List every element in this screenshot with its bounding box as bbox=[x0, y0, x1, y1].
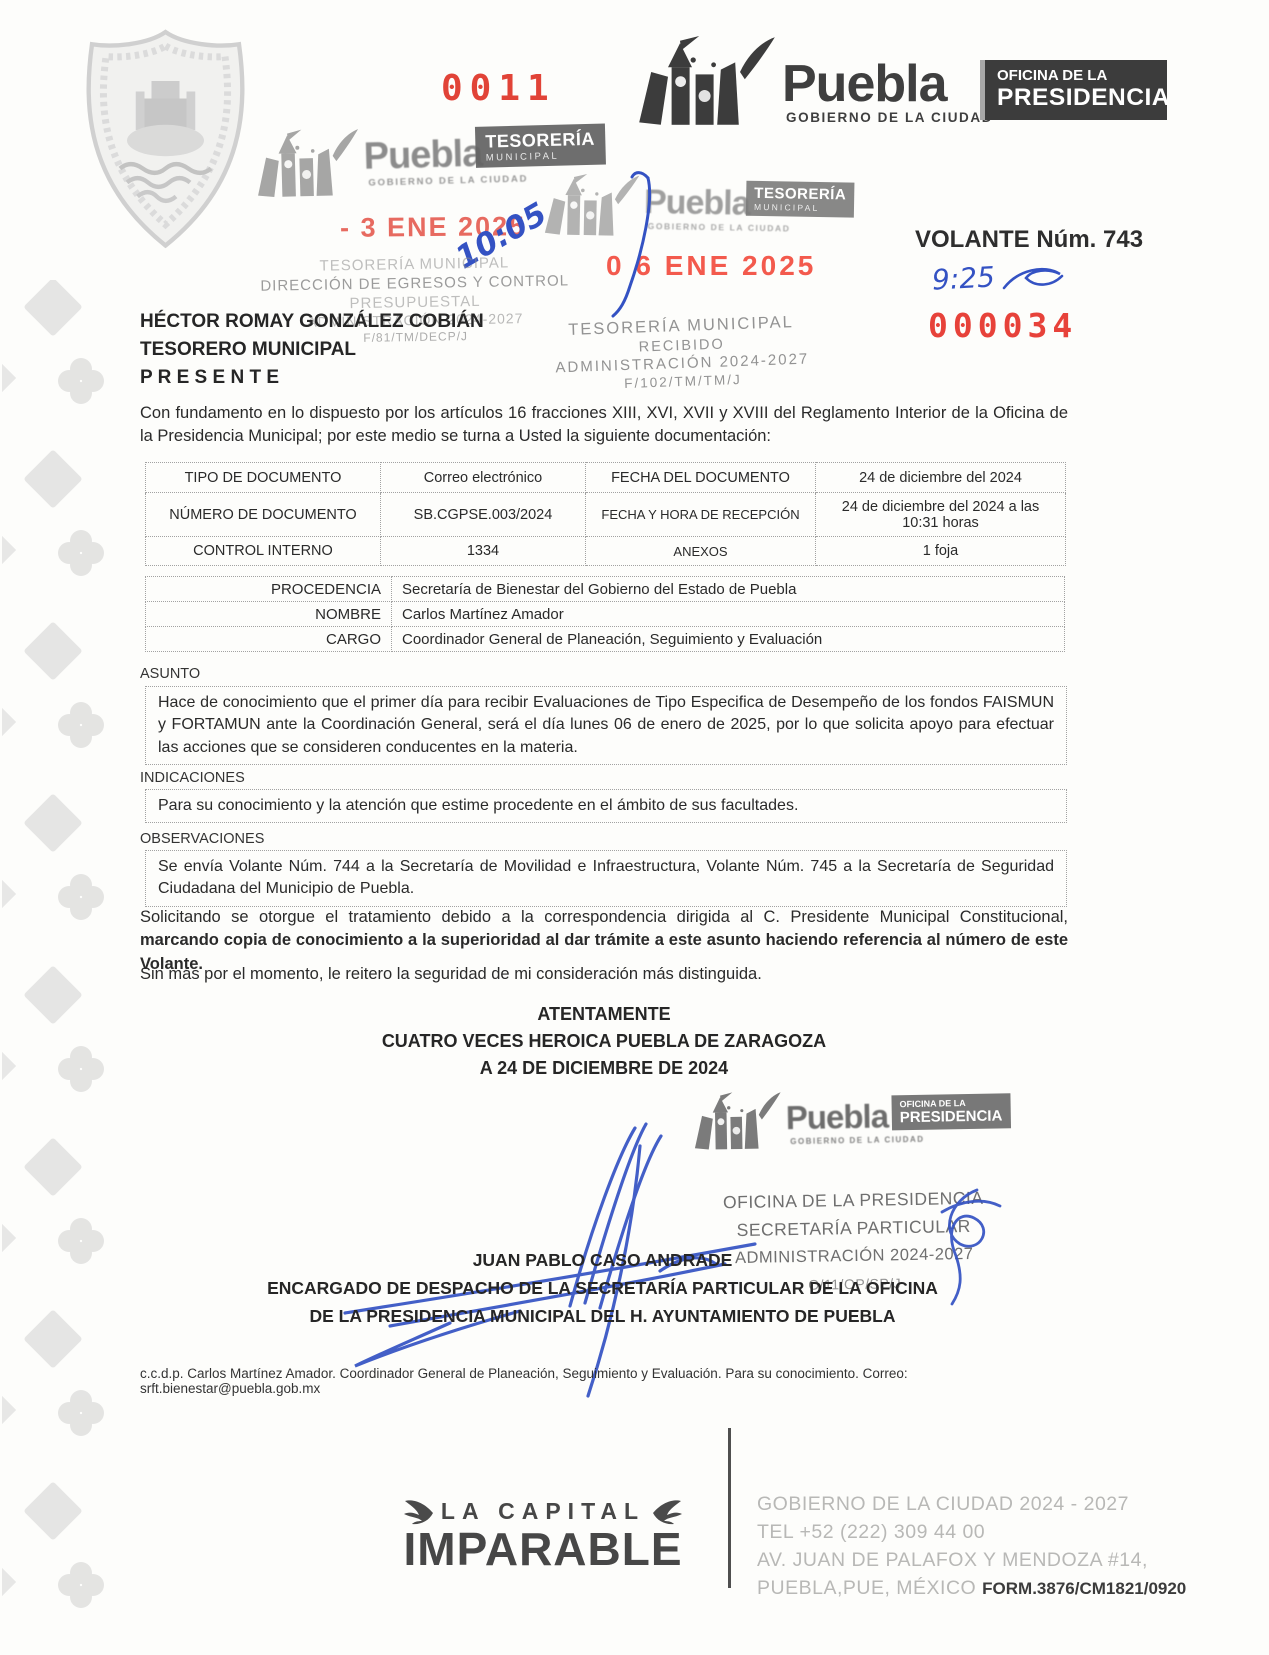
cell-value: SB.CGPSE.003/2024 bbox=[381, 493, 586, 537]
addressee-salutation: P R E S E N T E bbox=[140, 364, 484, 392]
stamp-presidencia-badge: OFICINA DE LA PRESIDENCIA bbox=[891, 1093, 1010, 1130]
asunto-box: Hace de conocimiento que el primer día p… bbox=[145, 686, 1067, 765]
signer-name: JUAN PABLO CASO ANDRADE bbox=[283, 1246, 923, 1274]
footer-city: PUEBLA,PUE, MÉXICO bbox=[757, 1577, 976, 1599]
puebla-monuments-icon bbox=[632, 36, 776, 126]
talavera-border-pattern bbox=[2, 280, 112, 1655]
capital-imparable-logo: LA CAPITAL IMPARABLE bbox=[393, 1498, 693, 1573]
wing-left-icon bbox=[403, 1499, 435, 1525]
cell-value: 24 de diciembre del 2024 a las 10:31 hor… bbox=[816, 493, 1066, 537]
cell-value: 1 foja bbox=[816, 537, 1066, 566]
pen-stroke-mark bbox=[600, 168, 670, 318]
signer-title-line2: DE LA PRESIDENCIA MUNICIPAL DEL H. AYUNT… bbox=[145, 1302, 1060, 1330]
table-row: PROCEDENCIA Secretaría de Bienestar del … bbox=[146, 577, 1065, 602]
footer-line: AV. JUAN DE PALAFOX Y MENDOZA #14, bbox=[757, 1546, 1197, 1574]
form-number: FORM.3876/CM1821/0920 bbox=[982, 1579, 1186, 1598]
stamp-wordmark: Puebla bbox=[785, 1097, 888, 1137]
asunto-label: ASUNTO bbox=[140, 666, 200, 682]
cell-label: PROCEDENCIA bbox=[146, 577, 392, 602]
imparable-text: IMPARABLE bbox=[393, 1525, 693, 1573]
closing-normal: Solicitando se otorgue el tratamiento de… bbox=[140, 908, 1068, 926]
stamp-badge-line2: MUNICIPAL bbox=[754, 202, 846, 214]
footer-contact-block: GOBIERNO DE LA CIUDAD 2024 - 2027 TEL +5… bbox=[757, 1490, 1197, 1603]
puebla-shield-watermark bbox=[78, 28, 253, 253]
intro-paragraph: Con fundamento en lo dispuesto por los a… bbox=[140, 402, 1068, 449]
indicaciones-box: Para su conocimiento y la atención que e… bbox=[145, 789, 1067, 823]
cell-label: NÚMERO DE DOCUMENTO bbox=[146, 493, 381, 537]
signer-block: JUAN PABLO CASO ANDRADE ENCARGADO DE DES… bbox=[145, 1246, 1060, 1330]
table-row: NÚMERO DE DOCUMENTO SB.CGPSE.003/2024 FE… bbox=[146, 493, 1066, 537]
cell-value: 24 de diciembre del 2024 bbox=[816, 463, 1066, 493]
cell-label: TIPO DE DOCUMENTO bbox=[146, 463, 381, 493]
footer-line: TEL +52 (222) 309 44 00 bbox=[757, 1518, 1197, 1546]
closing-paragraph-2: Sin más por el momento, le reitero la se… bbox=[140, 963, 1068, 986]
cell-label: ANEXOS bbox=[586, 537, 816, 566]
presidencia-badge: OFICINA DE LA PRESIDENCIA bbox=[980, 60, 1167, 120]
brand-subtitle: GOBIERNO DE LA CIUDAD bbox=[786, 110, 993, 125]
indicaciones-label: INDICACIONES bbox=[140, 770, 245, 786]
table-row: CONTROL INTERNO 1334 ANEXOS 1 foja bbox=[146, 537, 1066, 566]
cell-label: FECHA Y HORA DE RECEPCIÓN bbox=[586, 493, 816, 537]
cell-label: CARGO bbox=[146, 627, 392, 652]
footer-line: GOBIERNO DE LA CIUDAD 2024 - 2027 bbox=[757, 1490, 1197, 1518]
signer-title-line1: ENCARGADO DE DESPACHO DE LA SECRETARÍA P… bbox=[145, 1274, 1060, 1302]
origin-table: PROCEDENCIA Secretaría de Bienestar del … bbox=[145, 576, 1065, 652]
addressee-block: HÉCTOR ROMAY GONZÁLEZ COBIÁN TESORERO MU… bbox=[140, 308, 484, 392]
table-row: CARGO Coordinador General de Planeación,… bbox=[146, 627, 1065, 652]
tesoreria-stamp-2: Puebla GOBIERNO DE LA CIUDAD TESORERÍA M… bbox=[539, 159, 871, 255]
cell-value: Carlos Martínez Amador bbox=[392, 602, 1065, 627]
red-consecutive-number: 000034 bbox=[928, 306, 1077, 345]
stamp-wordmark: Puebla bbox=[363, 133, 483, 179]
cell-label: FECHA DEL DOCUMENTO bbox=[586, 463, 816, 493]
table-row: NOMBRE Carlos Martínez Amador bbox=[146, 602, 1065, 627]
cell-label: NOMBRE bbox=[146, 602, 392, 627]
badge-line1: OFICINA DE LA bbox=[997, 67, 1157, 84]
puebla-wordmark: Puebla bbox=[782, 54, 947, 114]
observaciones-box: Se envía Volante Núm. 744 a la Secretarí… bbox=[145, 850, 1067, 907]
stamp-badge-line1: TESORERÍA bbox=[485, 129, 595, 153]
wing-right-icon bbox=[651, 1499, 683, 1525]
cell-value: 1334 bbox=[381, 537, 586, 566]
document-data-table: TIPO DE DOCUMENTO Correo electrónico FEC… bbox=[145, 462, 1066, 566]
cell-value: Coordinador General de Planeación, Segui… bbox=[392, 627, 1065, 652]
handwritten-swirl bbox=[1000, 262, 1070, 298]
attentively-line2: CUATRO VECES HEROICA PUEBLA DE ZARAGOZA bbox=[140, 1028, 1068, 1055]
attentively-line3: A 24 DE DICIEMBRE DE 2024 bbox=[140, 1055, 1068, 1082]
stamp-badge-line1: TESORERÍA bbox=[754, 185, 846, 204]
red-folio-number: 0011 bbox=[441, 68, 556, 109]
footer-line: PUEBLA,PUE, MÉXICO FORM.3876/CM1821/0920 bbox=[757, 1574, 1197, 1603]
attentively-block: ATENTAMENTE CUATRO VECES HEROICA PUEBLA … bbox=[140, 1001, 1068, 1082]
addressee-name: HÉCTOR ROMAY GONZÁLEZ COBIÁN bbox=[140, 308, 484, 336]
observaciones-label: OBSERVACIONES bbox=[140, 831, 264, 847]
badge-line2: PRESIDENCIA bbox=[997, 84, 1157, 112]
volante-number: VOLANTE Núm. 743 bbox=[915, 226, 1143, 254]
attentively-line1: ATENTAMENTE bbox=[140, 1001, 1068, 1028]
capital-text: LA CAPITAL bbox=[441, 1498, 645, 1525]
recibido-stamp-text: TESORERÍA MUNICIPAL RECIBIDO ADMINISTRAC… bbox=[551, 311, 813, 394]
cell-value: Secretaría de Bienestar del Gobierno del… bbox=[392, 577, 1065, 602]
cell-value: Correo electrónico bbox=[381, 463, 586, 493]
stamp-brand-sub: GOBIERNO DE LA CIUDAD bbox=[790, 1135, 924, 1146]
stamp-tesoreria-badge: TESORERÍA MUNICIPAL bbox=[746, 181, 855, 218]
table-row: TIPO DE DOCUMENTO Correo electrónico FEC… bbox=[146, 463, 1066, 493]
stamp-badge-line2: PRESIDENCIA bbox=[900, 1107, 1003, 1126]
ccdp-line: c.c.d.p. Carlos Martínez Amador. Coordin… bbox=[140, 1366, 1080, 1396]
footer-divider bbox=[728, 1428, 731, 1588]
addressee-title: TESORERO MUNICIPAL bbox=[140, 336, 484, 364]
header-brand: Puebla GOBIERNO DE LA CIUDAD OFICINA DE … bbox=[632, 36, 1152, 131]
stamp-monuments-icon bbox=[251, 128, 361, 199]
cell-label: CONTROL INTERNO bbox=[146, 537, 381, 566]
handwritten-time-2: 9:25 bbox=[931, 260, 996, 296]
document-page: 0011 Puebla GOBIERNO DE LA CIUDAD OFICIN… bbox=[0, 0, 1269, 1655]
